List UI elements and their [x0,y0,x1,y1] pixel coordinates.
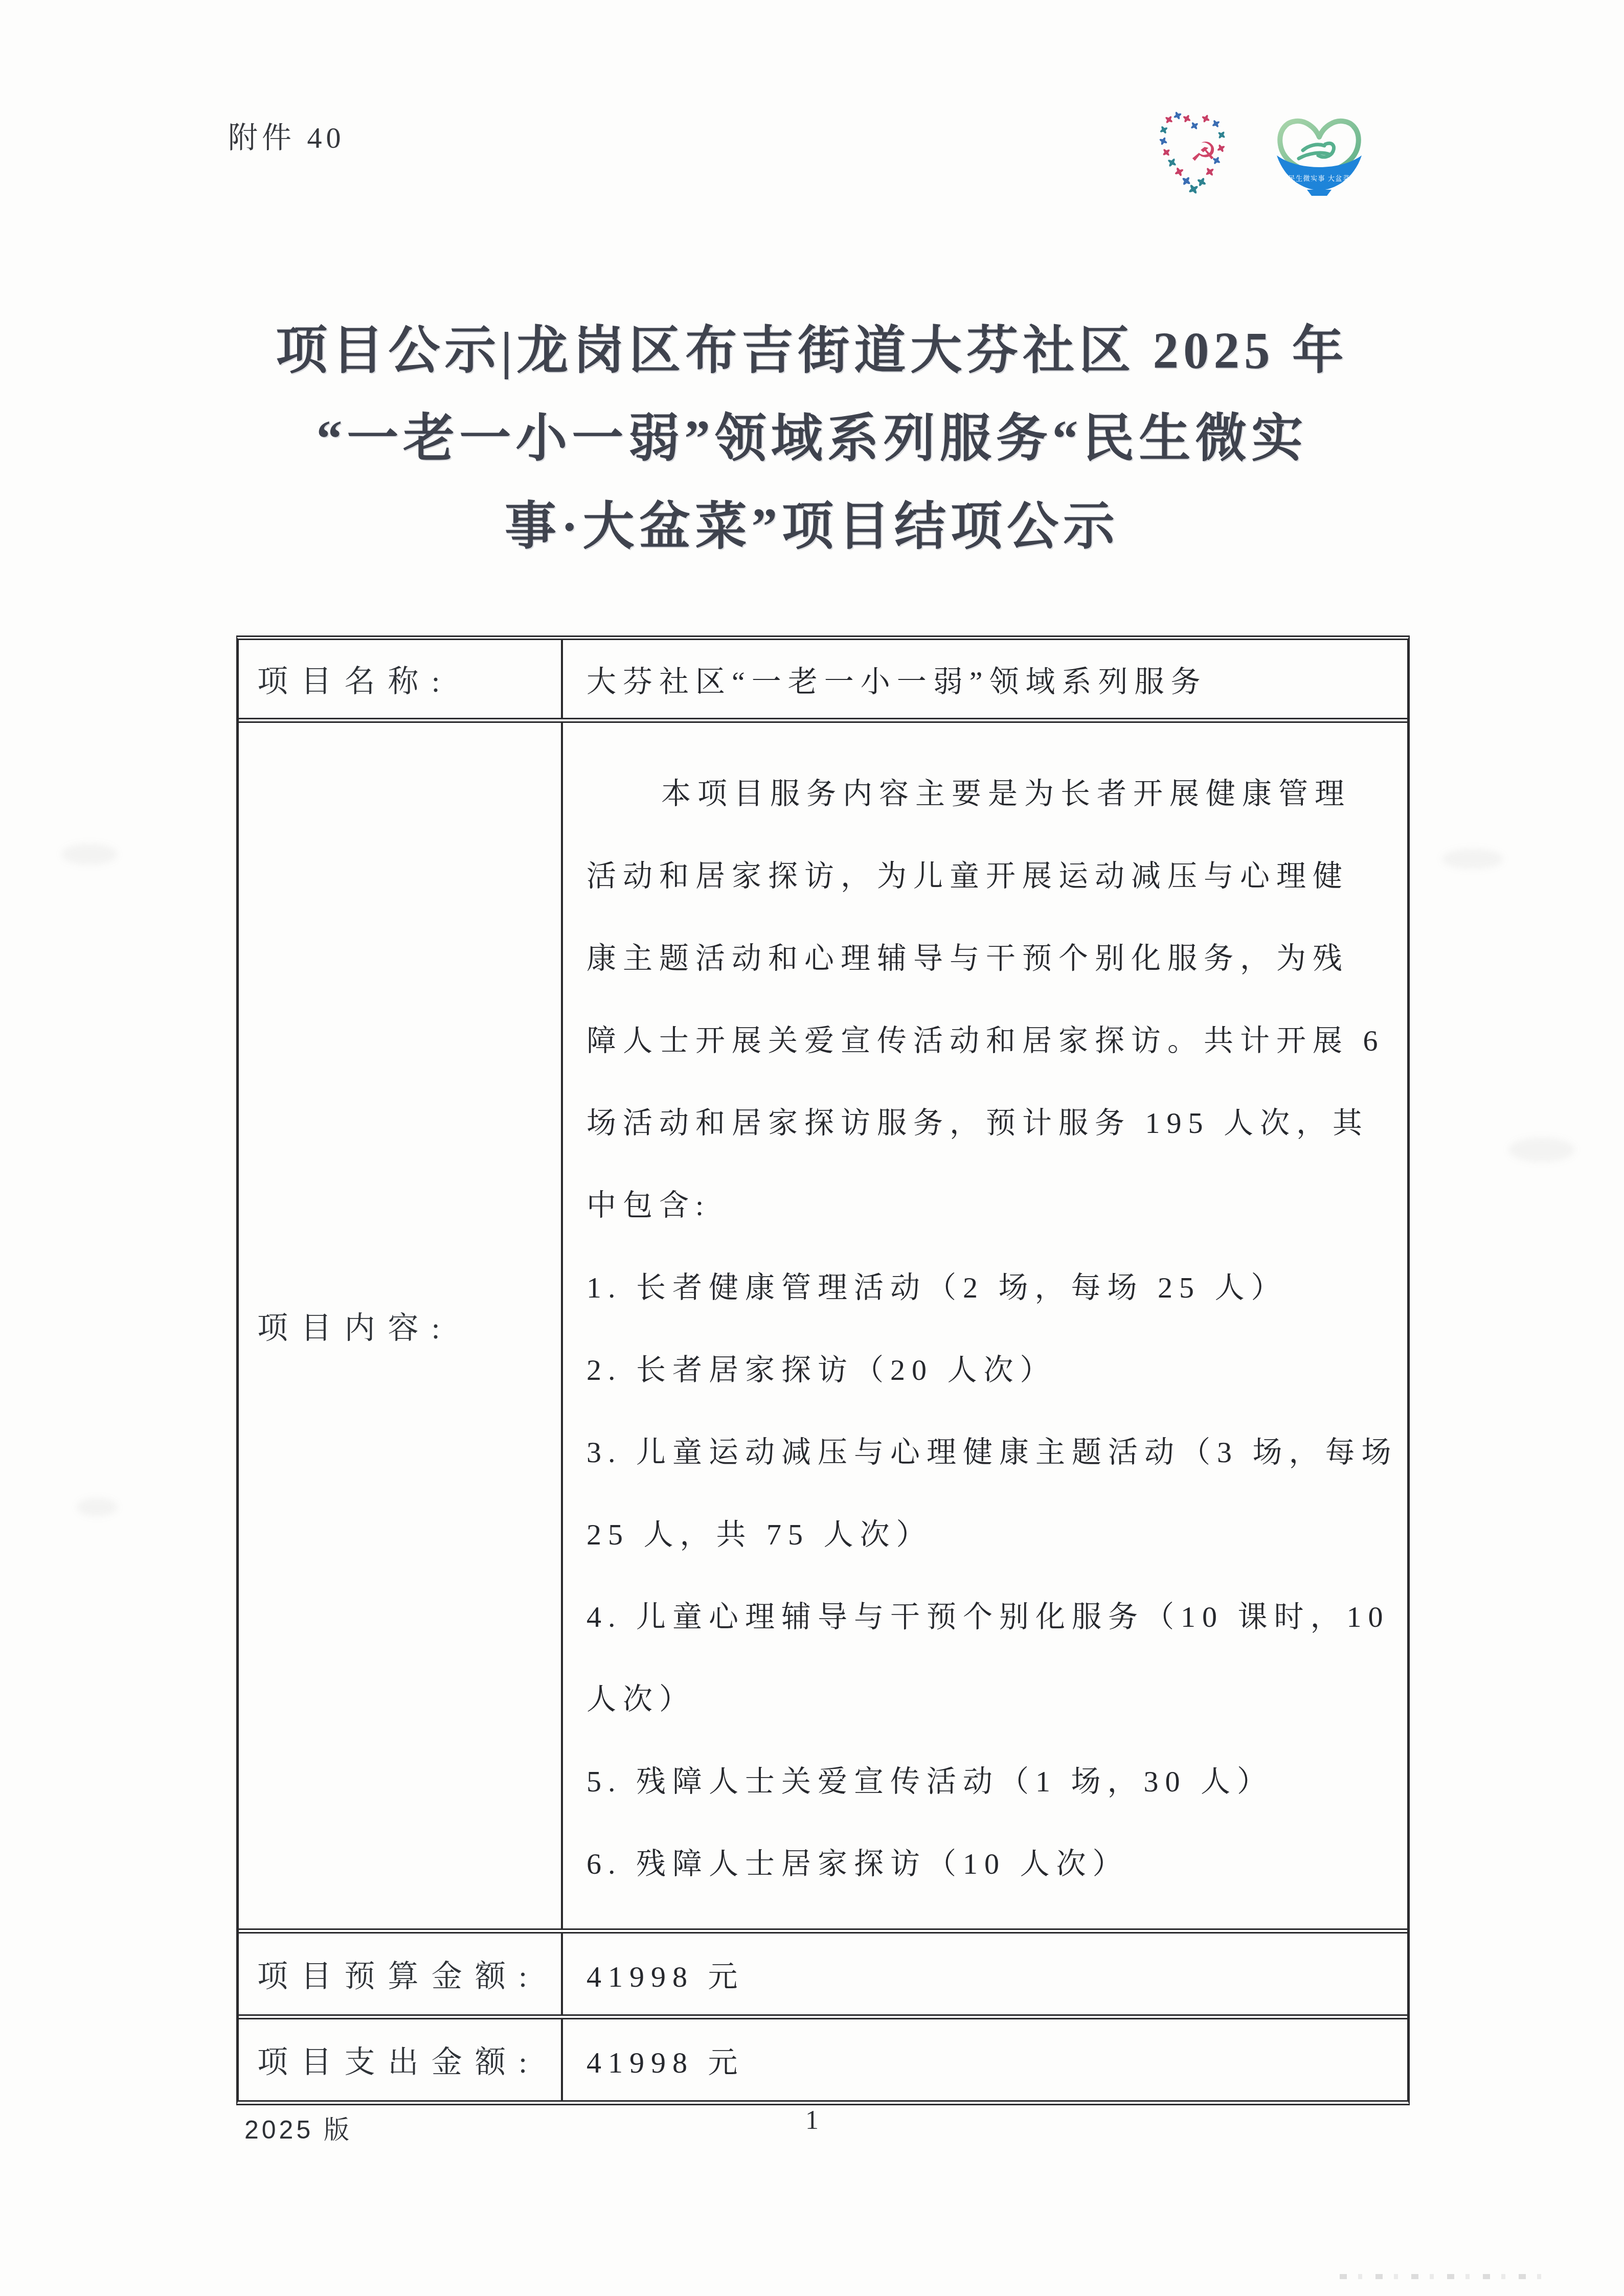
scanned-document-page: { "page": { "attachment_label": "附件 40" … [0,0,1624,2296]
scan-artifact-marks [1340,2274,1554,2279]
content-line: 场活动和居家探访服务，预计服务 195 人次，其 [587,1082,1398,1164]
bowl-text: 民生微实事 大盆菜 [1288,174,1350,182]
attachment-label: 附件 40 [228,113,345,156]
scan-smudge [61,844,118,865]
content-line: 2. 长者居家探访（20 人次） [587,1329,1398,1411]
table-row-project-content: 项目内容: 本项目服务内容主要是为长者开展健康管理 活动和居家探访，为儿童开展运… [239,718,1407,1928]
document-title: 项目公示|龙岗区布吉街道大芬社区 2025 年 “一老一小一弱”领域系列服务“民… [174,307,1450,571]
content-line: 中包含: [587,1164,1398,1246]
project-name-label: 项目名称: [239,640,563,718]
project-name-value: 大芬社区“一老一小一弱”领域系列服务 [563,640,1407,718]
scan-smudge [77,1498,118,1516]
content-line: 6. 残障人士居家探访（10 人次） [587,1823,1398,1905]
table-row-project-budget: 项目预算金额: 41998 元 [239,1928,1407,2014]
table-row-project-name: 项目名称: 大芬社区“一老一小一弱”领域系列服务 [239,640,1407,718]
content-line: 人次） [587,1658,1398,1740]
title-line-1: 项目公示|龙岗区布吉街道大芬社区 2025 年 [174,307,1450,395]
content-line: 25 人，共 75 人次） [587,1493,1398,1576]
scan-smudge [1508,1138,1575,1162]
content-line: 活动和居家探访，为儿童开展运动减压与心理健 [587,835,1398,917]
content-line: 1. 长者健康管理活动（2 场，每场 25 人） [587,1246,1398,1329]
content-line: 5. 残障人士关爱宣传活动（1 场，30 人） [587,1740,1398,1823]
table-row-project-spend: 项目支出金额: 41998 元 [239,2014,1407,2100]
project-content-label: 项目内容: [239,723,563,1928]
project-content-value: 本项目服务内容主要是为长者开展健康管理 活动和居家探访，为儿童开展运动减压与心理… [563,723,1411,1928]
project-spend-label: 项目支出金额: [239,2019,563,2100]
project-budget-value: 41998 元 [563,1934,1407,2014]
content-line: 3. 儿童运动减压与心理健康主题活动（3 场，每场 [587,1411,1398,1493]
project-info-table: 项目名称: 大芬社区“一老一小一弱”领域系列服务 项目内容: 本项目服务内容主要… [236,635,1410,2105]
project-spend-value: 41998 元 [563,2019,1407,2100]
title-line-3: 事·大盆菜”项目结项公示 [174,483,1450,571]
party-heart-logo: ☭ [1159,108,1230,195]
footer-page-number: 1 [0,2105,1624,2135]
content-line: 康主题活动和心理辅导与干预个别化服务，为残 [587,917,1398,999]
minsheng-dapencai-bowl-logo: 民生微实事 大盆菜 [1275,113,1363,196]
hammer-sickle-icon: ☭ [1188,134,1220,172]
content-line: 4. 儿童心理辅导与干预个别化服务（10 课时，10 [587,1576,1398,1658]
title-line-2: “一老一小一弱”领域系列服务“民生微实 [174,395,1450,483]
hand-swoosh [1299,143,1334,158]
content-line: 障人士开展关爱宣传活动和居家探访。共计开展 6 [587,999,1398,1082]
content-line: 本项目服务内容主要是为长者开展健康管理 [587,753,1398,835]
scan-smudge [1442,849,1503,869]
bowl-foot [1307,190,1332,196]
project-budget-label: 项目预算金额: [239,1934,563,2014]
